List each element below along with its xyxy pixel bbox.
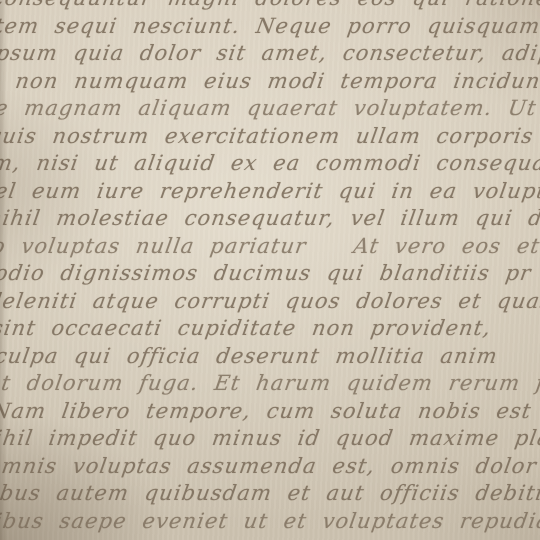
manuscript-line: e magnam aliquam quaerat voluptatem. Ut [0,95,540,123]
manuscript-line: o voluptas nulla pariatur At vero eos et… [0,233,540,261]
manuscript-line: , non numquam eius modi tempora incidunt… [0,68,540,96]
manuscript-line: deleniti atque corrupti quos dolores et … [0,288,540,316]
manuscript-line: nihil molestiae consequatur, vel illum q… [0,205,540,233]
manuscript-line: et dolorum fuga. Et harum quidem rerum f… [0,370,540,398]
manuscript-page: consequuntur magni dolores eos qui ratio… [0,0,540,540]
manuscript-line: consequuntur magni dolores eos qui ratio… [0,0,540,13]
manuscript-line: culpa qui officia deserunt mollitia anim [0,343,540,371]
manuscript-line: sint occaecati cupiditate non provident, [0,315,540,343]
manuscript-line: omnis voluptas assumenda est, omnis dolo… [0,453,540,481]
manuscript-line: el eum iure reprehenderit qui in ea volu… [0,178,540,206]
manuscript-line: ibus autem quibusdam et aut officiis deb… [0,480,540,508]
manuscript-line: m, nisi ut aliquid ex ea commodi consequ… [0,150,540,178]
manuscript-line: ihil impedit quo minus id quod maxime pl… [0,425,540,453]
manuscript-line: ipsum quia dolor sit amet, consectetur, … [0,40,540,68]
manuscript-text: consequuntur magni dolores eos qui ratio… [0,0,540,535]
manuscript-line: quis nostrum exercitationem ullam corpor… [0,123,540,151]
manuscript-line: odio dignissimos ducimus qui blanditiis … [0,260,540,288]
manuscript-line: tem sequi nesciunt. Neque porro quisquam [0,13,540,41]
manuscript-line: ibus saepe eveniet ut et voluptates repu… [0,508,540,536]
manuscript-line: Nam libero tempore, cum soluta nobis est… [0,398,540,426]
